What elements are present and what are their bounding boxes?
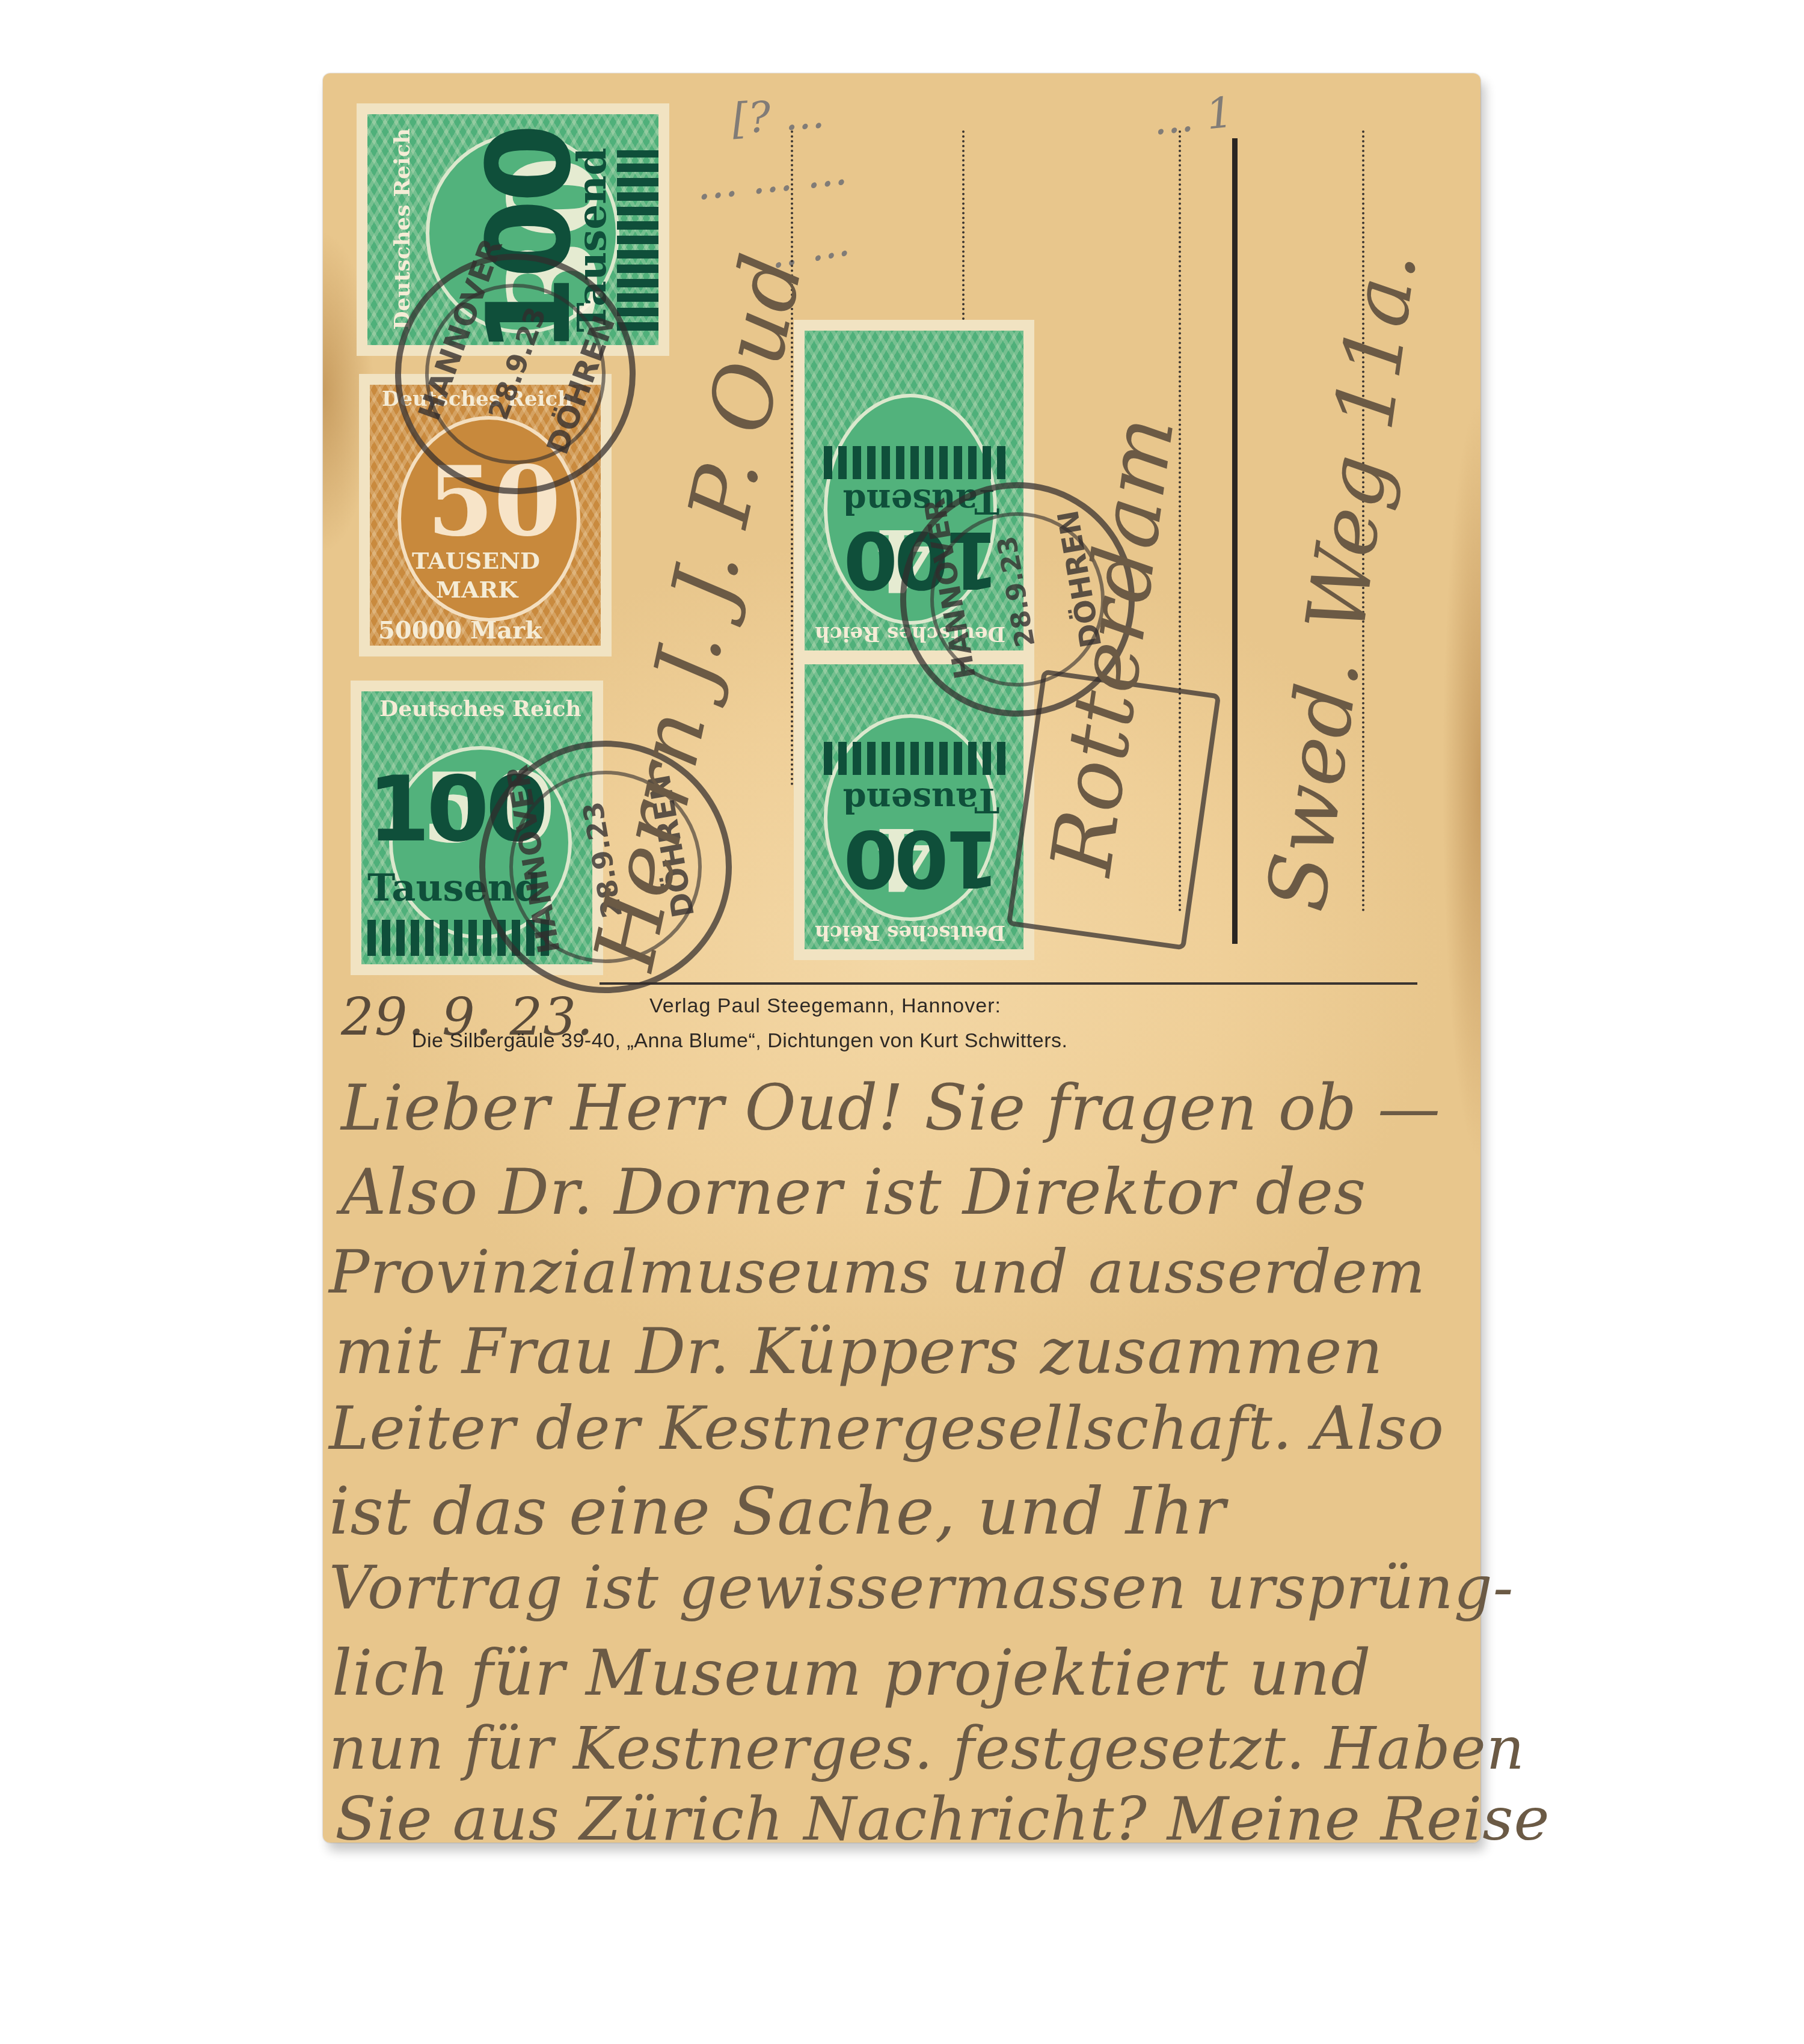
pencil-note: ... ... ... xyxy=(693,144,849,210)
stamp-cancel-bars xyxy=(819,742,1005,775)
letter-line: Provinzialmuseums und ausserdem xyxy=(329,1237,1426,1307)
address-line xyxy=(791,130,793,786)
stamp-value-line: 50000 Mark xyxy=(378,616,542,644)
stamp-value-word: TAUSEND xyxy=(412,547,540,574)
letter-line: Also Dr. Dorner ist Direktor des xyxy=(341,1155,1366,1229)
pencil-note: [? ... xyxy=(730,88,826,144)
imprint-title: Die Silbergäule 39-40, „Anna Blume“, Dic… xyxy=(412,1029,1067,1053)
letter-line: Vortrag ist gewissermassen ursprüng- xyxy=(329,1552,1514,1623)
stamp-country-label: Deutsches Reich xyxy=(379,696,581,721)
stamp-country-label: Deutsches Reich xyxy=(390,128,415,330)
letter-line: lich für Museum projektiert und xyxy=(332,1636,1372,1710)
letter-line: ist das eine Sache, und Ihr xyxy=(329,1474,1226,1549)
postcard: [? ... ... ... ... ... ... ... 1 Deutsch… xyxy=(323,73,1480,1843)
imprint-publisher: Verlag Paul Steegemann, Hannover: xyxy=(649,994,1001,1018)
stamp-overprint-value: 100 xyxy=(847,813,999,904)
stamp-cancel-bars xyxy=(819,446,1005,479)
stamp-cancel-bars xyxy=(617,150,658,331)
address-street: Swed. Weg 11a. xyxy=(1249,244,1435,916)
section-divider xyxy=(600,982,1417,985)
letter-line: Lieber Herr Oud! Sie fragen ob — xyxy=(341,1071,1441,1145)
letter-line: nun für Kestnerges. festgesetzt. Haben xyxy=(329,1715,1525,1783)
letter-line: mit Frau Dr. Küppers zusammen xyxy=(335,1315,1384,1388)
stamp-overprint-word: Tausend xyxy=(843,780,999,820)
stamp-country-label: Deutsches Reich xyxy=(815,920,1005,944)
stamp-value-word: MARK xyxy=(436,576,518,603)
letter-line: Sie aus Zürich Nachricht? Meine Reise xyxy=(335,1784,1550,1854)
address-divider xyxy=(1232,138,1238,944)
pencil-note: ... 1 xyxy=(1150,87,1235,145)
letter-line: Leiter der Kestnergesellschaft. Also xyxy=(329,1393,1444,1463)
